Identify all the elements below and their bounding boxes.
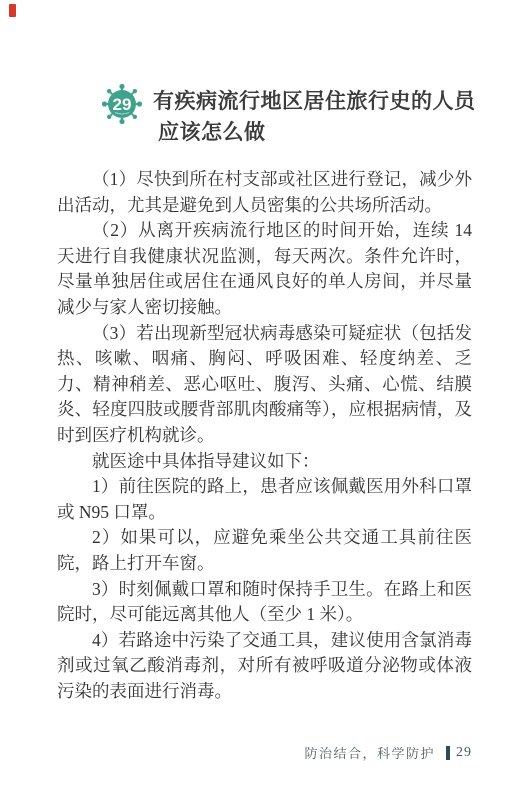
page-footer: 防治结合，科学防护 29	[304, 743, 472, 762]
paragraph-3: （3）若出现新型冠状病毒感染可疑症状（包括发热、咳嗽、咽痛、胸闷、呼吸困难、轻度…	[57, 321, 472, 449]
page-title: 有疾病流行地区居住旅行史的人员 应该怎么做	[153, 86, 476, 148]
page-title-line2: 应该怎么做	[153, 117, 476, 148]
paragraph-7: 3）时刻佩戴口罩和随时保持手卫生。在路上和医院时，尽可能远离其他人（至少 1 米…	[57, 577, 472, 628]
paragraph-4: 就医途中具体指导建议如下：	[57, 449, 472, 475]
paragraph-5: 1）前往医院的路上，患者应该佩戴医用外科口罩或 N95 口罩。	[57, 474, 472, 525]
paragraph-6: 2）如果可以，应避免乘坐公共交通工具前往医院，路上打开车窗。	[57, 525, 472, 576]
virus-badge-icon: 29	[98, 80, 146, 128]
paragraph-1: （1）尽快到所在村支部或社区进行登记，减少外出活动，尤其是避免到人员密集的公共场…	[57, 167, 472, 218]
footer-page-number: 29	[456, 745, 472, 761]
page-title-line1: 有疾病流行地区居住旅行史的人员	[153, 86, 476, 117]
document-page: 29 有疾病流行地区居住旅行史的人员 应该怎么做 （1）尽快到所在村支部或社区进…	[0, 0, 529, 793]
corner-red-mark	[9, 4, 16, 17]
paragraph-2: （2）从离开疾病流行地区的时间开始，连续 14 天进行自我健康状况监测，每天两次…	[57, 218, 472, 320]
paragraph-8: 4）若路途中污染了交通工具，建议使用含氯消毒剂或过氧乙酸消毒剂，对所有被呼吸道分…	[57, 628, 472, 705]
badge-number: 29	[113, 95, 132, 114]
section-header: 29 有疾病流行地区居住旅行史的人员 应该怎么做	[98, 80, 476, 148]
footer-slogan: 防治结合，科学防护	[304, 743, 435, 762]
body-text: （1）尽快到所在村支部或社区进行登记，减少外出活动，尤其是避免到人员密集的公共场…	[57, 167, 472, 704]
footer-separator-bar	[446, 746, 450, 760]
